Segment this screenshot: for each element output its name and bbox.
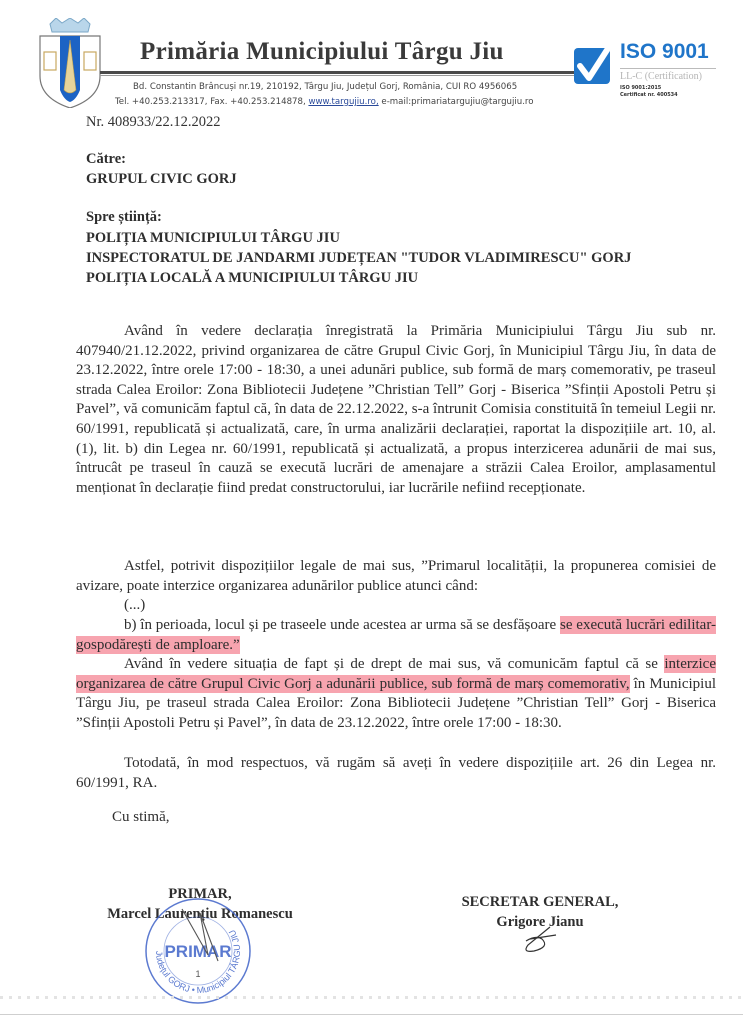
- closing-salutation: Cu stimă,: [112, 808, 743, 828]
- cc-recipient: POLIȚIA LOCALĂ A MUNICIPIULUI TÂRGU JIU: [86, 270, 418, 287]
- legal-point-b: b) în perioada, locul și pe traseele und…: [76, 616, 716, 655]
- iso-title: ISO 9001: [620, 40, 709, 64]
- to-label: Către:: [86, 151, 126, 168]
- contact-email: e-mail:primariatargujiu@targujiu.ro: [379, 97, 534, 107]
- header-divider: [100, 71, 578, 74]
- organization-contact: Tel. +40.253.213317, Fax. +40.253.214878…: [115, 97, 534, 107]
- organization-address: Bd. Constantin Brâncuși nr.19, 210192, T…: [133, 82, 517, 92]
- scan-noise: [0, 996, 743, 999]
- header-divider-thin: [100, 75, 578, 76]
- contact-phone-fax: Tel. +40.253.213317, Fax. +40.253.214878…: [115, 97, 308, 107]
- iso-standard: ISO 9001:2015: [620, 85, 661, 91]
- body-paragraph-1: Având în vedere declarația înregistrată …: [76, 322, 716, 498]
- iso-divider: [620, 68, 716, 69]
- to-recipient: GRUPUL CIVIC GORJ: [86, 171, 237, 188]
- ellipsis-line: (...): [76, 596, 716, 616]
- cc-recipient: POLIȚIA MUNICIPIULUI TÂRGU JIU: [86, 230, 340, 247]
- secretary-title: SECRETAR GENERAL,: [440, 894, 640, 911]
- reference-number: Nr. 408933/22.12.2022: [86, 114, 221, 131]
- iso-certifier: LL-C (Certification): [620, 71, 702, 82]
- cc-label: Spre știință:: [86, 209, 162, 226]
- website-link[interactable]: www.targujiu.ro,: [308, 97, 378, 107]
- signature-scribble-icon: [520, 925, 560, 955]
- cc-recipient: INSPECTORATUL DE JANDARMI JUDEȚEAN "TUDO…: [86, 250, 631, 267]
- iso-certificate-number: Certificat nr. 400534: [620, 92, 678, 98]
- body-paragraph-3: Având în vedere situația de fapt și de d…: [76, 655, 716, 733]
- stamp-center-text: PRIMAR: [164, 942, 231, 961]
- body-paragraph-2: Astfel, potrivit dispozițiilor legale de…: [76, 557, 716, 596]
- official-stamp-icon: Județul GORJ • Municipiul TÂRGU JIU PRIM…: [142, 895, 254, 1007]
- page-footer-line: [0, 1014, 743, 1015]
- organization-title: Primăria Municipiului Târgu Jiu: [140, 38, 504, 66]
- body-paragraph-4: Totodată, în mod respectuos, vă rugăm să…: [76, 754, 716, 793]
- iso-checkmark-icon: [574, 46, 610, 86]
- coat-of-arms-icon: [36, 18, 104, 108]
- stamp-number: 1: [195, 969, 200, 979]
